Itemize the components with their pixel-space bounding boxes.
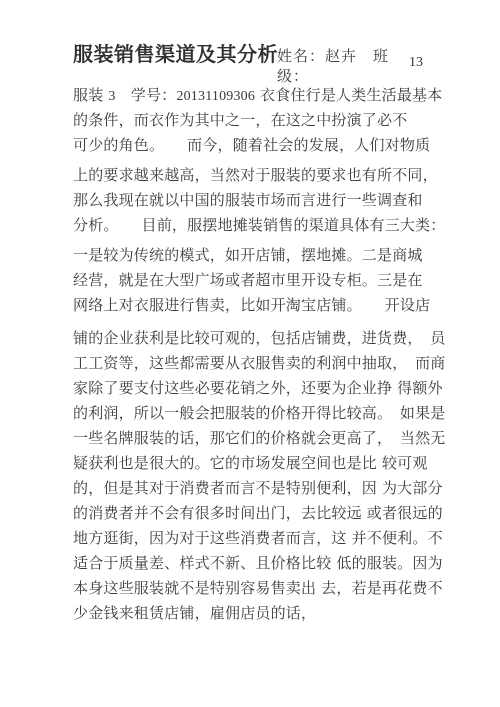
text-line: 疑获利也是很大的。它的市场发展空间也是比 较可观: [73, 451, 453, 476]
page-number: 13: [409, 55, 423, 71]
text-line: 服装 3 学号：20131109306 衣食住行是人类生活最基本: [73, 83, 453, 108]
text-line: 适合于质量差、样式不新、且价格比较 低的服装。因为: [73, 551, 453, 576]
text-line: 可少的角色。 而今，随着社会的发展，人们对物质: [73, 133, 453, 158]
text-line: 网络上对衣服进行售卖，比如开淘宝店铺。 开设店: [73, 293, 453, 318]
text-line: 家除了要支付这些必要花销之外，还要为企业挣 得额外: [73, 376, 453, 401]
text-line: 经营，就是在大型广场或者超市里开设专柜。三是在: [73, 268, 453, 293]
text-line: 分析。 目前，服摆地摊装销售的渠道具体有三大类：: [73, 213, 453, 238]
text-line: 铺的企业获利是比较可观的，包括店铺费，进货费， 员: [73, 326, 453, 351]
text-line: 少金钱来租赁店铺，雇佣店员的话，: [73, 601, 453, 626]
document-page: 服装销售渠道及其分析 姓名：赵卉 班级： 13 服装 3 学号：20131109…: [0, 0, 500, 707]
text-line: 的利润，所以一般会把服装的价格开得比较高。 如果是: [73, 401, 453, 426]
text-line: 的消费者并不会有很多时间出门，去比较远 或者很远的: [73, 501, 453, 526]
text-line: 上的要求越来越高，当然对于服装的要求也有所不同，: [73, 163, 453, 188]
text-line: 工工资等，这些都需要从衣服售卖的利润中抽取， 而商: [73, 351, 453, 376]
student-name-class-label: 姓名：赵卉 班级：: [277, 46, 405, 86]
text-line: 一是较为传统的模式，如开店铺，摆地摊。二是商城: [73, 243, 453, 268]
body-text: 服装 3 学号：20131109306 衣食住行是人类生活最基本的条件，而衣作为…: [73, 83, 453, 626]
text-line: 本身这些服装就不是特别容易售卖出 去，若是再花费不: [73, 576, 453, 601]
text-line: 地方逛街，因为对于这些消费者而言，这 并不便利。不: [73, 526, 453, 551]
text-line: 的，但是其对于消费者而言不是特别便利，因 为大部分: [73, 476, 453, 501]
text-line: 那么我现在就以中国的服装市场而言进行一些调查和: [73, 188, 453, 213]
text-line: 一些名牌服装的话，那它们的价格就会更高了， 当然无: [73, 426, 453, 451]
page-title: 服装销售渠道及其分析: [73, 38, 278, 67]
text-line: 的条件，而衣作为其中之一，在这之中扮演了必不: [73, 108, 453, 133]
